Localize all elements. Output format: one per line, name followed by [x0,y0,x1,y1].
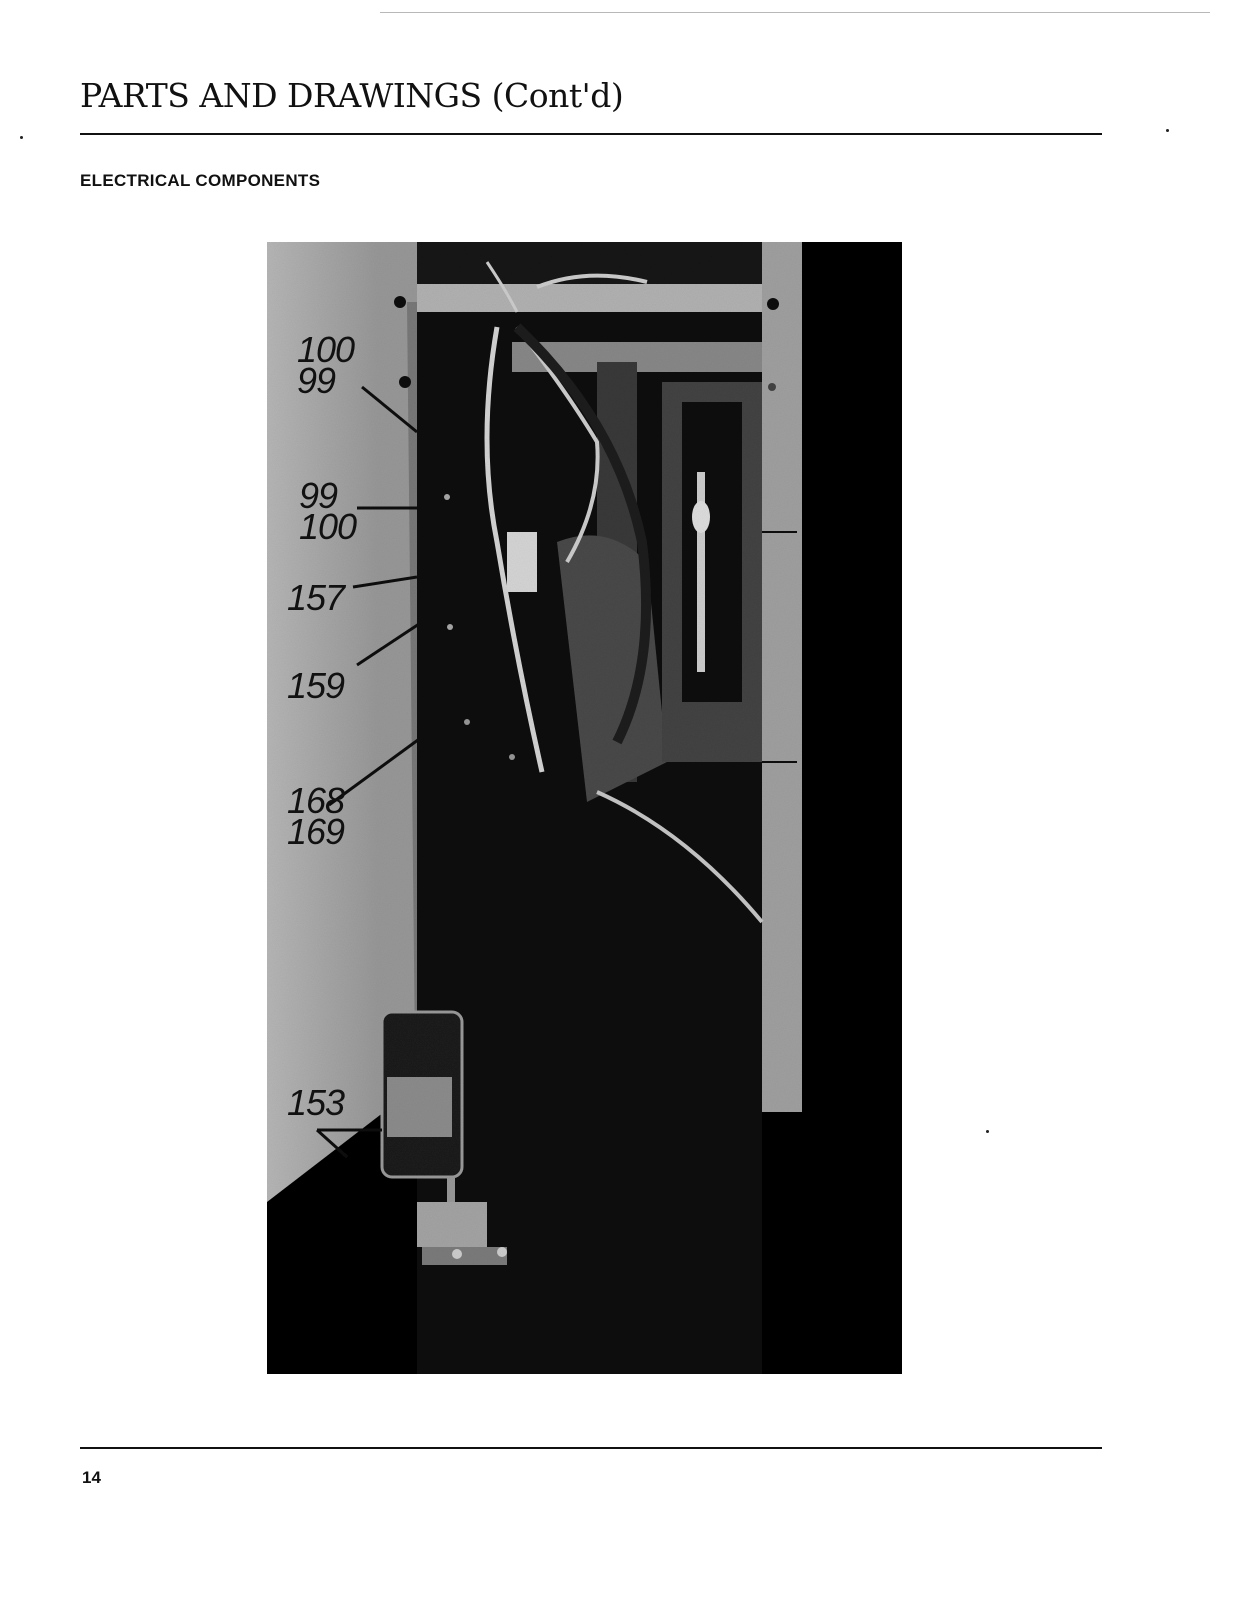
footer-rule [80,1447,1102,1449]
electrical-components-photo: 100 99 99 100 157 159 168 169 153 [267,242,902,1374]
scan-artifact-line [380,12,1210,13]
callout-157: 157 [287,582,344,613]
page-title: PARTS AND DRAWINGS (Cont'd) [80,76,623,115]
title-rule [80,133,1102,135]
scan-speck [986,1130,989,1133]
scan-speck [1166,129,1169,132]
section-heading: ELECTRICAL COMPONENTS [80,171,320,191]
callout-153: 153 [287,1087,344,1118]
callout-159: 159 [287,670,344,701]
callout-99-100: 99 100 [299,480,356,542]
callout-100-99: 100 99 [297,334,354,396]
callout-168-169: 168 169 [287,785,344,847]
scan-speck [20,136,23,139]
page-number: 14 [82,1468,101,1488]
